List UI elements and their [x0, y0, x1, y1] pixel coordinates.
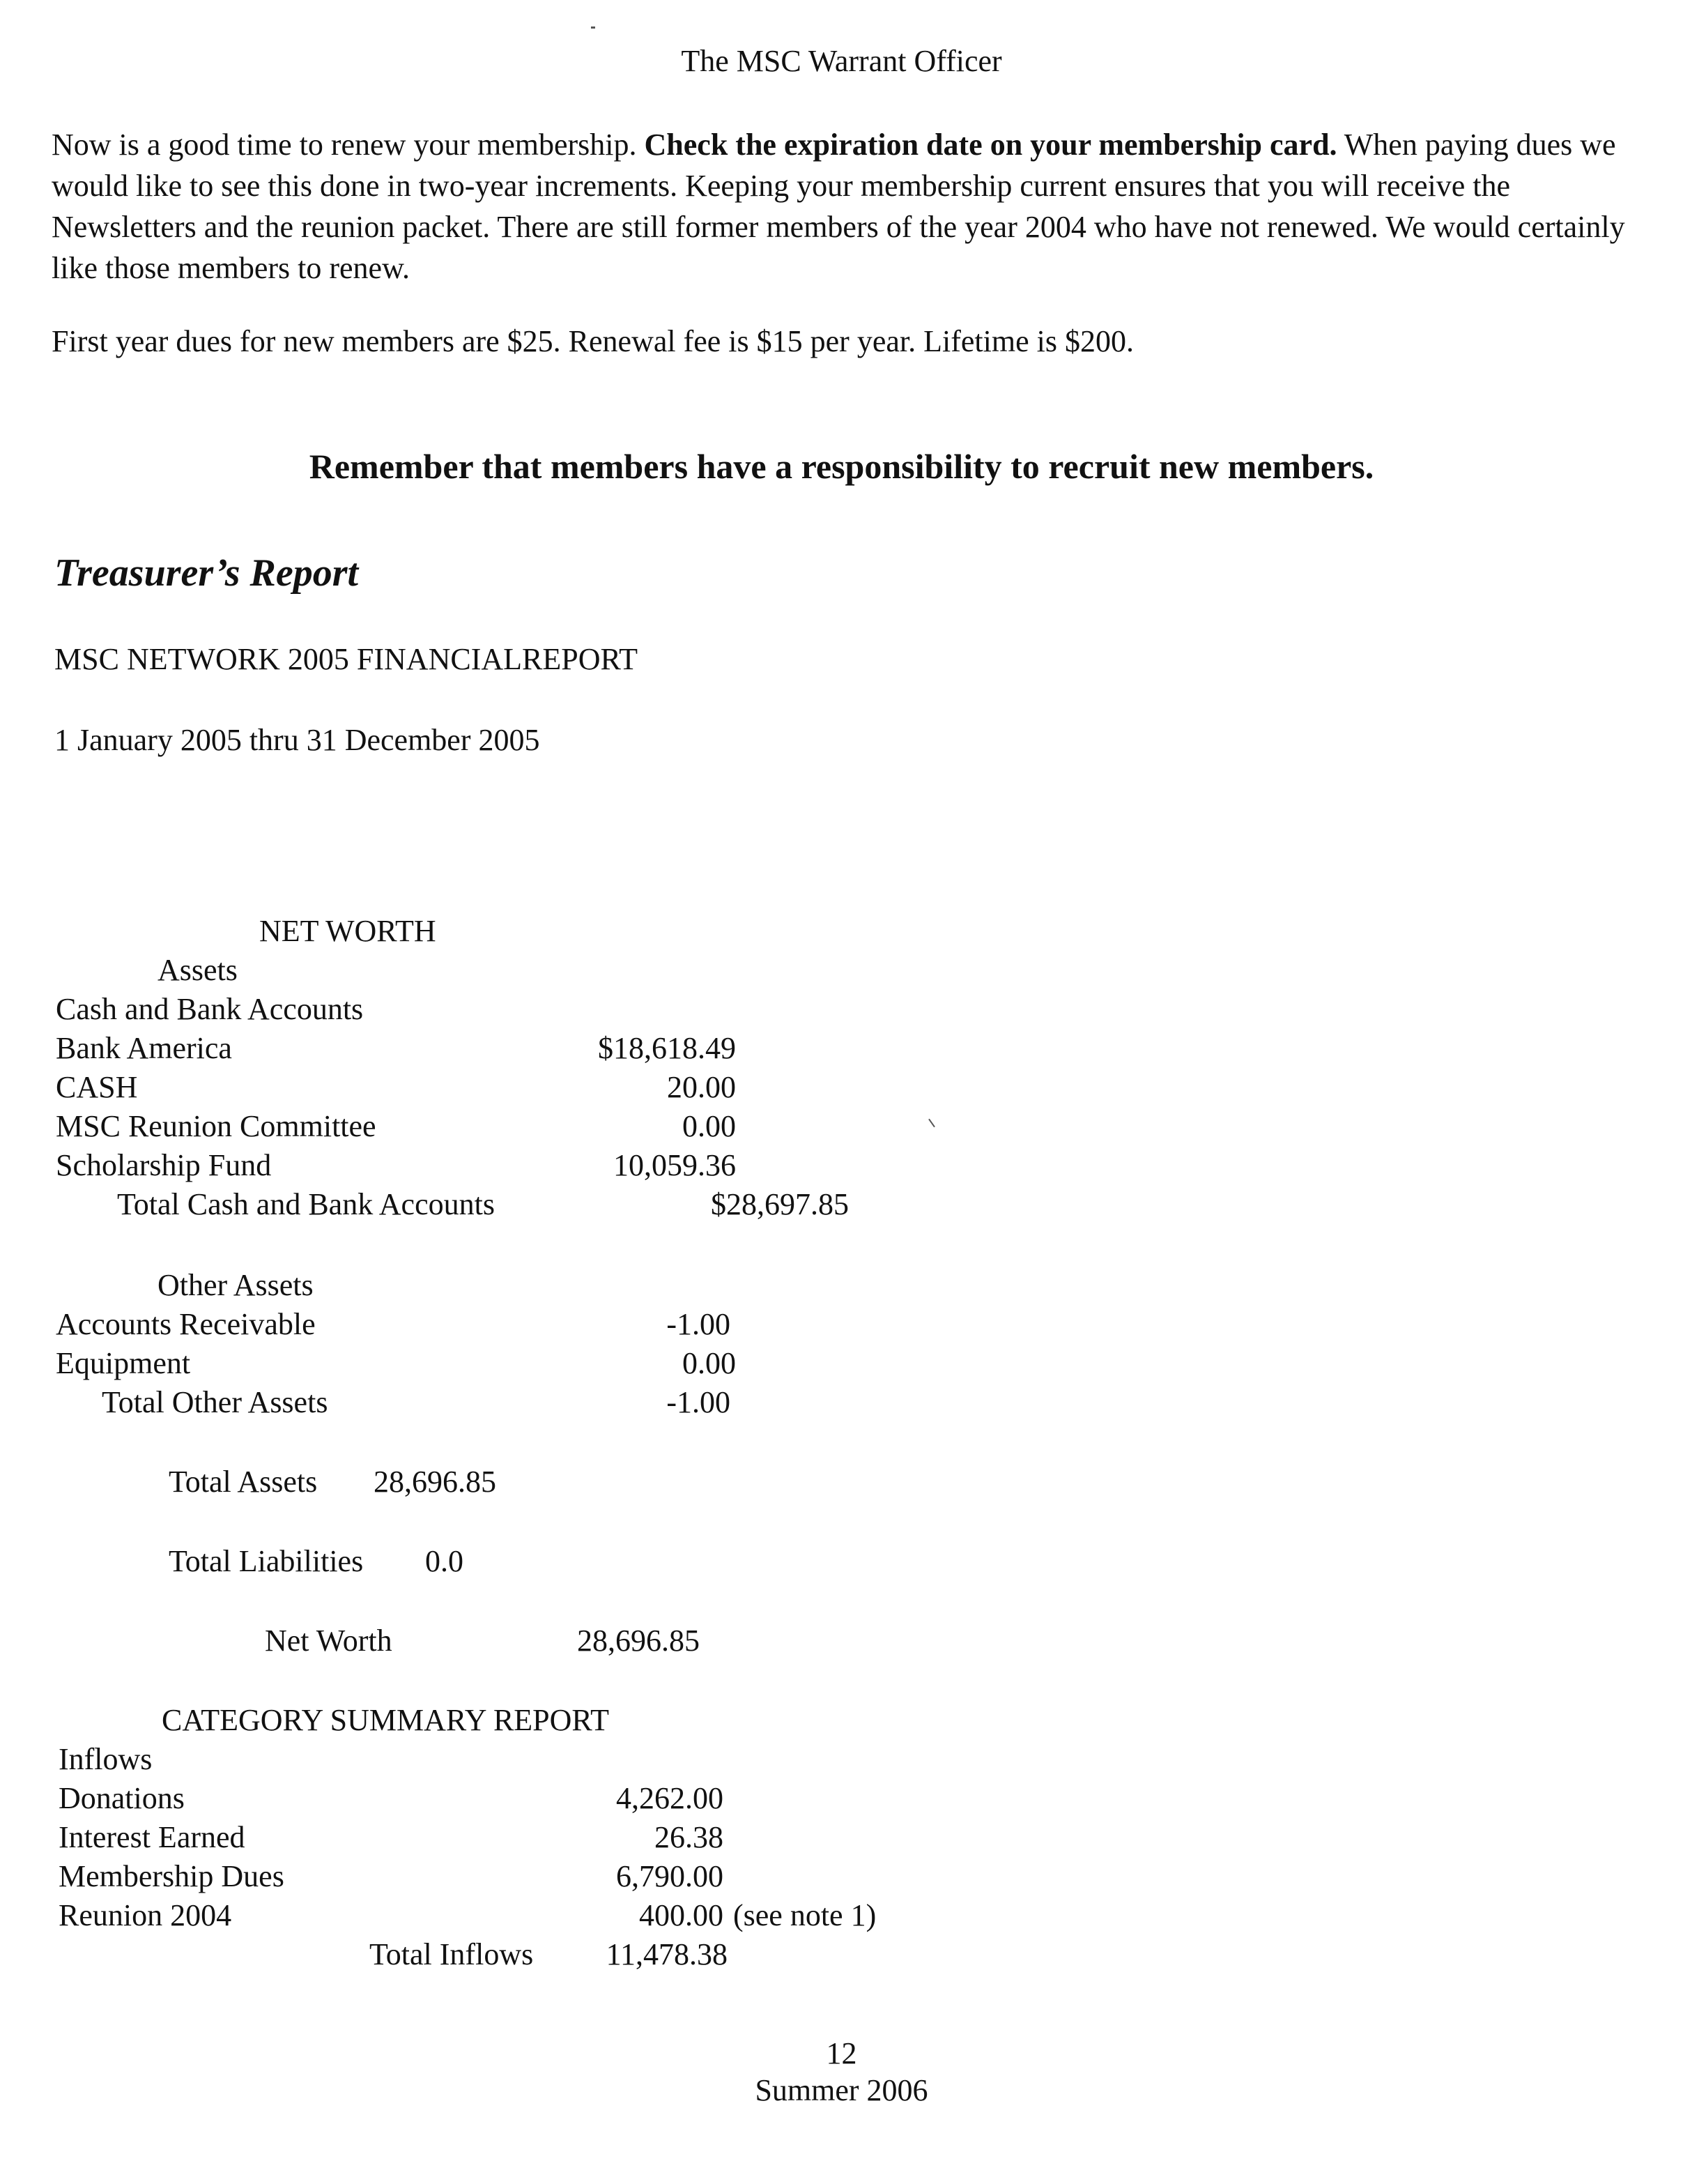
row-label: Total Assets: [169, 1464, 317, 1499]
table-row: Donations 4,262.00: [0, 1780, 976, 1819]
total-cash-bank-row: Total Cash and Bank Accounts $28,697.85: [0, 1186, 976, 1225]
row-label: CASH: [56, 1069, 137, 1105]
table-row: MSC Reunion Committee 0.00: [0, 1108, 976, 1147]
total-inflows-row: Total Inflows 11,478.38: [0, 1937, 976, 1976]
net-worth-row: Net Worth 28,696.85: [0, 1623, 976, 1662]
table-row: Scholarship Fund 10,059.36: [0, 1147, 976, 1186]
row-label: Total Cash and Bank Accounts: [117, 1186, 495, 1222]
row-value: 0.00: [682, 1345, 736, 1381]
dues-paragraph: First year dues for new members are $25.…: [52, 321, 1647, 362]
table-row: CASH 20.00: [0, 1069, 976, 1108]
row-label: MSC Reunion Committee: [56, 1108, 376, 1144]
row-label: Interest Earned: [59, 1819, 245, 1855]
row-label: Reunion 2004: [59, 1897, 231, 1933]
issue-label: Summer 2006: [0, 2072, 1683, 2108]
other-assets-label: Other Assets: [157, 1267, 314, 1303]
row-label: Membership Dues: [59, 1858, 284, 1894]
row-label: Accounts Receivable: [56, 1306, 316, 1342]
row-value: 4,262.00: [616, 1780, 723, 1816]
row-value: 28,696.85: [577, 1623, 700, 1658]
row-label: Scholarship Fund: [56, 1147, 271, 1183]
scan-speck: [591, 26, 595, 29]
row-value: 400.00: [639, 1897, 723, 1933]
page-number: 12: [0, 2036, 1683, 2071]
treasurer-report-heading: Treasurer’s Report: [54, 551, 358, 595]
table-row: Equipment 0.00: [0, 1345, 976, 1384]
row-value: 20.00: [667, 1069, 736, 1105]
row-value: 10,059.36: [613, 1147, 736, 1183]
row-value: 28,696.85: [374, 1464, 496, 1499]
row-label: Bank America: [56, 1030, 232, 1066]
row-value: 26.38: [654, 1819, 723, 1855]
row-value: $28,697.85: [711, 1186, 849, 1222]
total-other-assets-row: Total Other Assets -1.00: [0, 1384, 976, 1423]
inflows-label: Inflows: [59, 1741, 152, 1777]
table-row: Accounts Receivable -1.00: [0, 1306, 976, 1345]
assets-label: Assets: [157, 952, 238, 988]
row-value: -1.00: [666, 1306, 730, 1342]
row-value: 6,790.00: [616, 1858, 723, 1894]
renewal-paragraph: Now is a good time to renew your members…: [52, 124, 1647, 289]
table-row: Interest Earned 26.38: [0, 1819, 976, 1858]
row-value: $18,618.49: [598, 1030, 736, 1066]
publication-header: The MSC Warrant Officer: [0, 43, 1683, 79]
table-row: Bank America $18,618.49: [0, 1030, 976, 1069]
row-label: Total Inflows: [369, 1937, 533, 1972]
cash-bank-label: Cash and Bank Accounts: [56, 991, 363, 1027]
row-value: 0.00: [682, 1108, 736, 1144]
category-summary-heading: CATEGORY SUMMARY REPORT: [162, 1702, 609, 1738]
row-label: Donations: [59, 1780, 185, 1816]
net-worth-heading: NET WORTH: [259, 913, 436, 949]
row-label: Net Worth: [265, 1623, 392, 1658]
recruit-reminder: Remember that members have a responsibil…: [0, 446, 1683, 487]
row-value: -1.00: [666, 1384, 730, 1420]
renewal-bold-text: Check the expiration date on your member…: [645, 128, 1337, 162]
row-label: Total Liabilities: [169, 1543, 363, 1579]
row-value: 11,478.38: [606, 1937, 728, 1972]
total-liabilities-row: Total Liabilities 0.0: [0, 1543, 976, 1582]
renewal-text-start: Now is a good time to renew your members…: [52, 128, 645, 162]
report-period: 1 January 2005 thru 31 December 2005: [54, 722, 539, 758]
table-row: Membership Dues 6,790.00: [0, 1858, 976, 1897]
financial-report-title: MSC NETWORK 2005 FINANCIALREPORT: [54, 641, 638, 677]
row-label: Equipment: [56, 1345, 190, 1381]
row-note: (see note 1): [733, 1897, 876, 1933]
row-label: Total Other Assets: [102, 1384, 328, 1420]
total-assets-row: Total Assets 28,696.85: [0, 1464, 976, 1503]
table-row: Reunion 2004 400.00 (see note 1): [0, 1897, 976, 1937]
row-value: 0.0: [425, 1543, 463, 1579]
